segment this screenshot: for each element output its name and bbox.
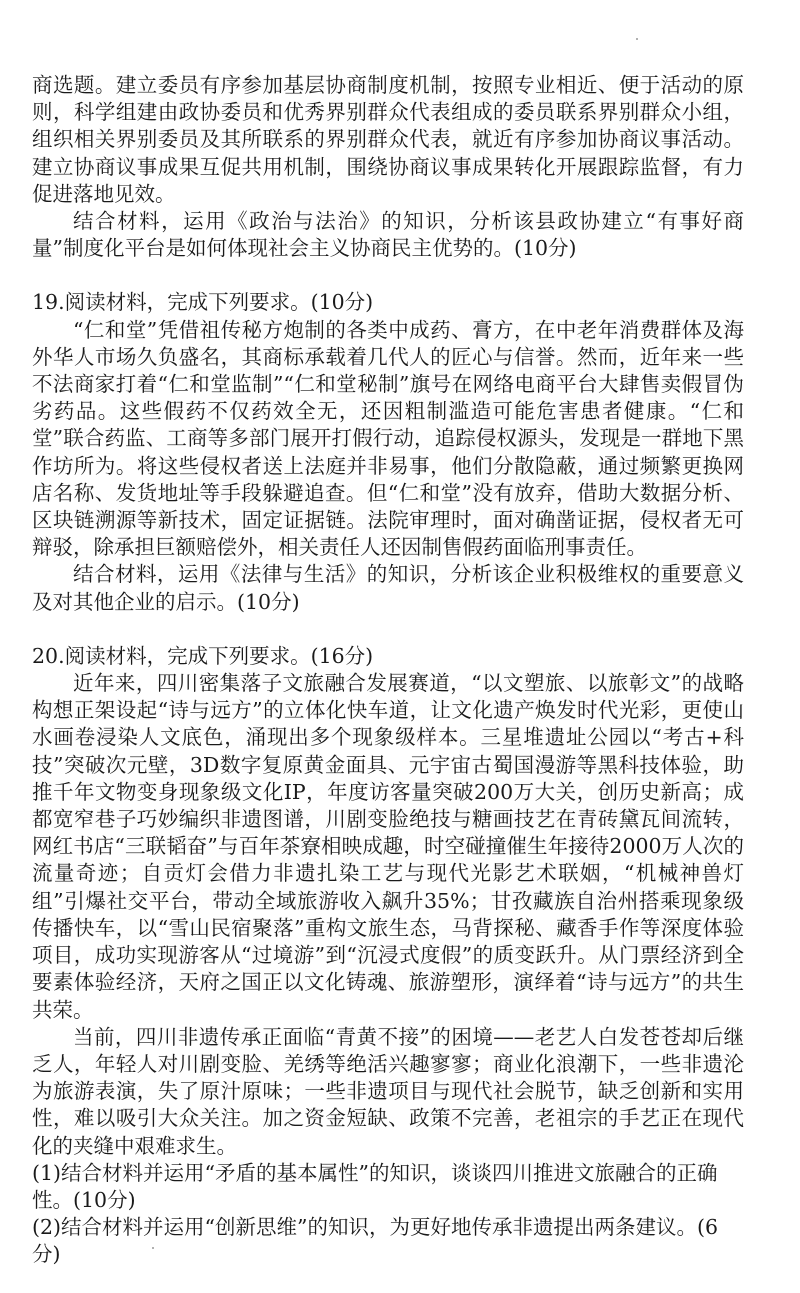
q20-subquestion-1: (1)结合材料并运用“矛盾的基本属性”的知识，谈谈四川推进文旅融合的正确性。(1…: [32, 1160, 744, 1214]
q20-material-2: 当前，四川非遗传承正面临“青黄不接”的困境——老艺人白发苍苍却后继乏人，年轻人对…: [32, 1024, 744, 1160]
q19-prompt: 结合材料，运用《法律与生活》的知识，分析该企业积极维权的重要意义及对其他企业的启…: [32, 561, 744, 615]
q19-material: “仁和堂”凭借祖传秘方炮制的各类中成药、膏方，在中老年消费群体及海外华人市场久负…: [32, 317, 744, 562]
q18-material-tail: 商选题。建立委员有序参加基层协商制度机制，按照专业相近、便于活动的原则，科学组建…: [32, 72, 744, 208]
q19-title: 19.阅读材料，完成下列要求。(10分): [32, 289, 744, 316]
q18-prompt: 结合材料，运用《政治与法治》的知识，分析该县政协建立“有事好商量”制度化平台是如…: [32, 208, 744, 262]
exam-page: 商选题。建立委员有序参加基层协商制度机制，按照专业相近、便于活动的原则，科学组建…: [32, 72, 744, 1269]
question-19: 19.阅读材料，完成下列要求。(10分) “仁和堂”凭借祖传秘方炮制的各类中成药…: [32, 289, 744, 615]
spacer: [32, 262, 744, 289]
q20-subquestion-2: (2)结合材料并运用“创新思维”的知识，为更好地传承非遗提出两条建议。(6分): [32, 1214, 744, 1268]
question-18-continuation: 商选题。建立委员有序参加基层协商制度机制，按照专业相近、便于活动的原则，科学组建…: [32, 72, 744, 262]
q20-title: 20.阅读材料，完成下列要求。(16分): [32, 643, 744, 670]
scan-speck: [636, 38, 638, 40]
q20-material-1: 近年来，四川密集落子文旅融合发展赛道，“以文塑旅、以旅彰文”的战略构想正架设起“…: [32, 670, 744, 1024]
question-20: 20.阅读材料，完成下列要求。(16分) 近年来，四川密集落子文旅融合发展赛道，…: [32, 643, 744, 1269]
spacer: [32, 616, 744, 643]
